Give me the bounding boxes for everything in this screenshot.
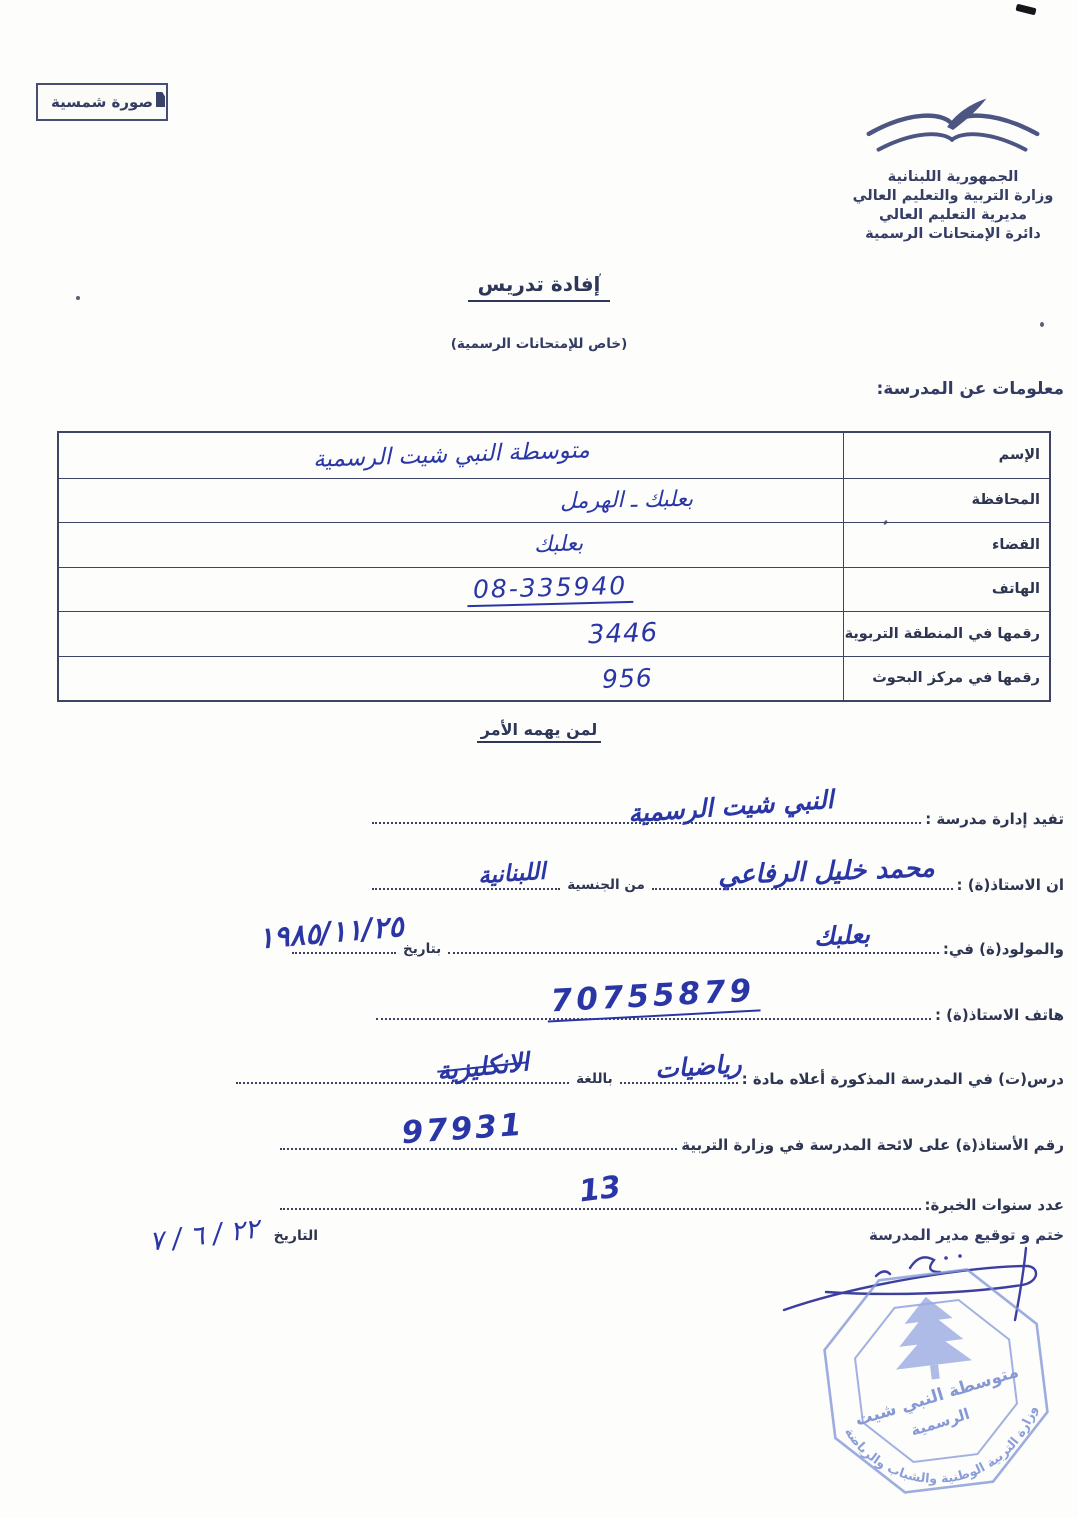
row-label-governorate: المحافظة <box>843 479 1049 523</box>
form-line-roster-number: رقم الأستاذ(ة) على لائحة المدرسة في وزار… <box>276 1112 1064 1154</box>
school-info-heading: معلومات عن المدرسة: <box>877 379 1065 399</box>
row-label-phone: الهاتف <box>843 568 1049 612</box>
gov-line-exams-dept: دائرة الإمتحانات الرسمية <box>838 225 1068 244</box>
teacher-phone-label: هاتف الاستاذ(ة) : <box>935 1006 1064 1024</box>
edu-district-number-handwritten: 3446 <box>587 618 658 650</box>
scan-artifact <box>1015 4 1036 16</box>
teacher-name-handwritten: محمد خليل الرفاعي <box>717 853 935 891</box>
table-row: الإسم متوسطة النبي شيت الرسمية <box>59 433 1049 478</box>
photo-placeholder-box: صورة شمسية <box>36 83 168 121</box>
ministry-header: الجمهورية اللبنانية وزارة التربية والتعل… <box>838 94 1068 244</box>
table-row: رقمها في المنطقة التربوية 3446 <box>59 611 1049 656</box>
born-label: والمولود(ة) في: <box>943 940 1064 958</box>
school-admin-label: تفيد إدارة مدرسة : <box>925 810 1064 828</box>
form-line-teacher: ان الاستاذ(ة) : محمد خليل الرفاعي من الج… <box>368 852 1064 894</box>
row-label-district: القضاء <box>843 523 1049 567</box>
nationality-handwritten: اللبنانية <box>477 859 546 890</box>
form-line-teacher-phone: هاتف الاستاذ(ة) : 70755879 <box>372 982 1064 1024</box>
experience-handwritten: 13 <box>577 1170 623 1210</box>
dotted-line: الانكليزية <box>236 1058 569 1084</box>
paperclip-mark-icon <box>156 92 165 107</box>
birthdate-label: بتاريخ <box>400 941 444 958</box>
dotted-line: رياضيات <box>620 1058 738 1084</box>
roster-number-handwritten: 97931 <box>400 1107 525 1151</box>
document-subtitle: (خاص للإمتحانات الرسمية) <box>0 336 1078 352</box>
gov-line-directorate: مديرية التعليم العالي <box>838 206 1068 225</box>
school-phone-handwritten: 08-335940 <box>466 571 633 607</box>
table-row: الهاتف 08-335940 <box>59 567 1049 612</box>
date-handwritten: ٢٢ / ٦ / ٧ <box>148 1213 262 1257</box>
governorate-handwritten: بعلبك ـ الهرمل <box>560 487 694 514</box>
dotted-line: اللبنانية <box>372 864 560 890</box>
scan-artifact <box>1040 322 1044 327</box>
form-line-birth: والمولود(ة) في: بعلبك بتاريخ ١٩٨٥/١١/٢٥ <box>288 916 1064 958</box>
dotted-line: محمد خليل الرفاعي <box>652 864 953 890</box>
table-row: المحافظة بعلبك ـ الهرمل <box>59 478 1049 523</box>
dotted-line: النبي شيت الرسمية <box>372 798 921 824</box>
scanned-document-page: ʼ صورة شمسية الجمهورية اللبنانية وزارة ا… <box>0 0 1078 1518</box>
language-label: باللغة <box>573 1071 616 1088</box>
district-handwritten: بعلبك <box>533 531 583 558</box>
subject-label: درس(ت) في المدرسة المذكورة أعلاه مادة : <box>742 1070 1064 1088</box>
date-label: التاريخ <box>274 1228 318 1244</box>
cedar-tree-icon <box>888 1292 972 1369</box>
form-line-experience: عدد سنوات الخبرة: 13 <box>276 1172 1064 1214</box>
footer-date-line: التاريخ ٢٢ / ٦ / ٧ <box>48 1220 318 1251</box>
birthplace-handwritten: بعلبك <box>814 920 871 952</box>
row-label-edu-district-number: رقمها في المنطقة التربوية <box>843 612 1049 656</box>
row-label-name: الإسم <box>843 433 1049 478</box>
table-row: رقمها في مركز البحوث 956 <box>59 656 1049 701</box>
research-center-number-handwritten: 956 <box>602 663 654 694</box>
school-name-handwritten: متوسطة النبي شيت الرسمية <box>312 437 589 473</box>
school-info-table: الإسم متوسطة النبي شيت الرسمية المحافظة … <box>57 431 1051 702</box>
birthdate-handwritten: ١٩٨٥/١١/٢٥ <box>257 909 405 956</box>
to-whom-heading: لمن يهمه الأمر <box>0 720 1078 743</box>
photo-box-label: صورة شمسية <box>51 93 153 111</box>
form-line-school-admin: تفيد إدارة مدرسة : النبي شيت الرسمية <box>368 786 1064 828</box>
teacher-label: ان الاستاذ(ة) : <box>957 876 1064 894</box>
school-admin-handwritten: النبي شيت الرسمية <box>627 785 834 828</box>
language-handwritten: الانكليزية <box>436 1047 530 1085</box>
row-label-research-center-number: رقمها في مركز البحوث <box>843 657 1049 701</box>
form-line-subject: درس(ت) في المدرسة المذكورة أعلاه مادة : … <box>232 1046 1064 1088</box>
gov-line-ministry: وزارة التربية والتعليم العالي <box>838 187 1068 206</box>
school-stamp: متوسطة النبي شيت الرسمية وزارة التربية ا… <box>780 1258 1078 1510</box>
gov-line-republic: الجمهورية اللبنانية <box>838 168 1068 187</box>
dotted-line: 13 <box>280 1184 921 1210</box>
teacher-phone-handwritten: 70755879 <box>546 972 760 1022</box>
document-title: إفادة تدريس <box>0 272 1078 302</box>
ministry-book-logo-icon <box>855 94 1051 166</box>
table-row: القضاء بعلبك <box>59 522 1049 567</box>
dotted-line: ١٩٨٥/١١/٢٥ <box>292 928 396 954</box>
dotted-line: 97931 <box>280 1124 677 1150</box>
subject-handwritten: رياضيات <box>654 1049 742 1084</box>
dotted-line: بعلبك <box>448 928 939 954</box>
dotted-line: 70755879 <box>376 994 931 1020</box>
roster-label: رقم الأستاذ(ة) على لائحة المدرسة في وزار… <box>681 1136 1064 1154</box>
nationality-label: من الجنسية <box>564 877 648 894</box>
experience-label: عدد سنوات الخبرة: <box>925 1196 1064 1214</box>
